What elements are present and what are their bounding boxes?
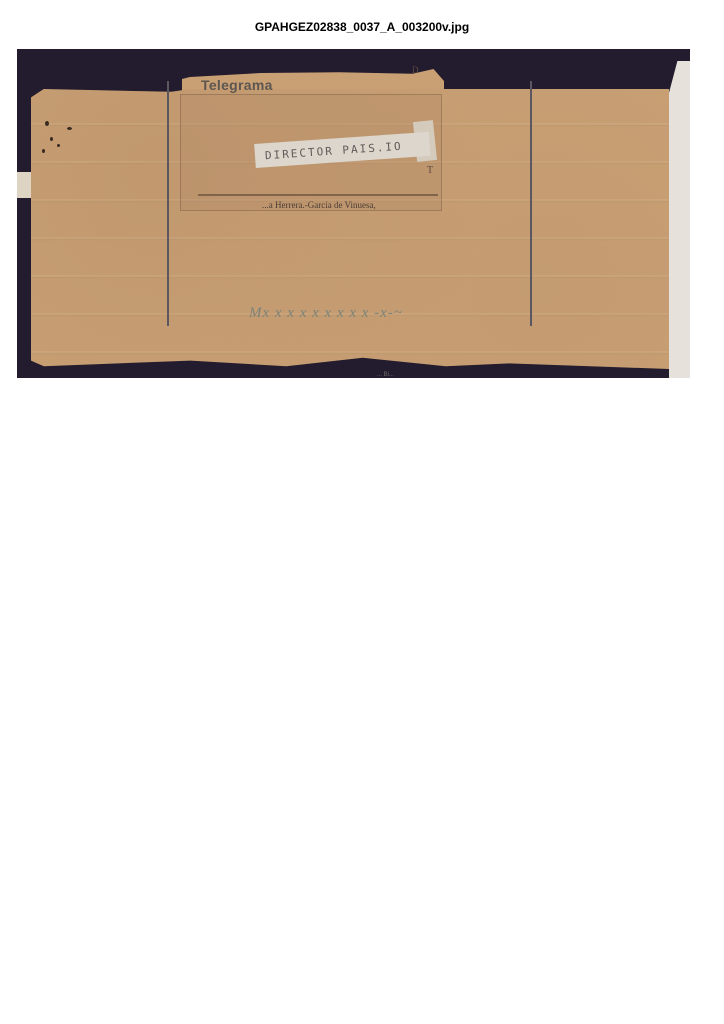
paper-damage-spot <box>57 144 60 147</box>
page-title: GPAHGEZ02838_0037_A_003200v.jpg <box>0 20 724 34</box>
paper-damage-spot <box>67 127 72 130</box>
handwritten-note: Mx x x x x x x x x -x-~ <box>249 305 403 322</box>
paper-damage-spot <box>42 149 45 153</box>
margin-mark-side: T <box>427 165 433 176</box>
paper-damage-spot <box>50 137 53 141</box>
telegram-heading: Telegrama <box>201 77 273 93</box>
scanned-image: Telegrama D DIRECTOR PAIS.IO T ...a Herr… <box>17 49 690 378</box>
paper-damage-spot <box>45 121 49 126</box>
paper-tab <box>17 172 33 198</box>
address-text: DIRECTOR PAIS.IO <box>265 139 404 162</box>
printer-credit: ...a Herrera.-García de Vinuesa, <box>262 200 376 210</box>
vertical-rule-left <box>167 81 169 326</box>
printer-rule <box>198 194 438 196</box>
vertical-rule-right <box>530 81 532 326</box>
adjacent-paper-sheet <box>669 61 690 378</box>
bottom-print: ... Bi... <box>377 372 394 378</box>
margin-mark-top: D <box>412 65 419 75</box>
